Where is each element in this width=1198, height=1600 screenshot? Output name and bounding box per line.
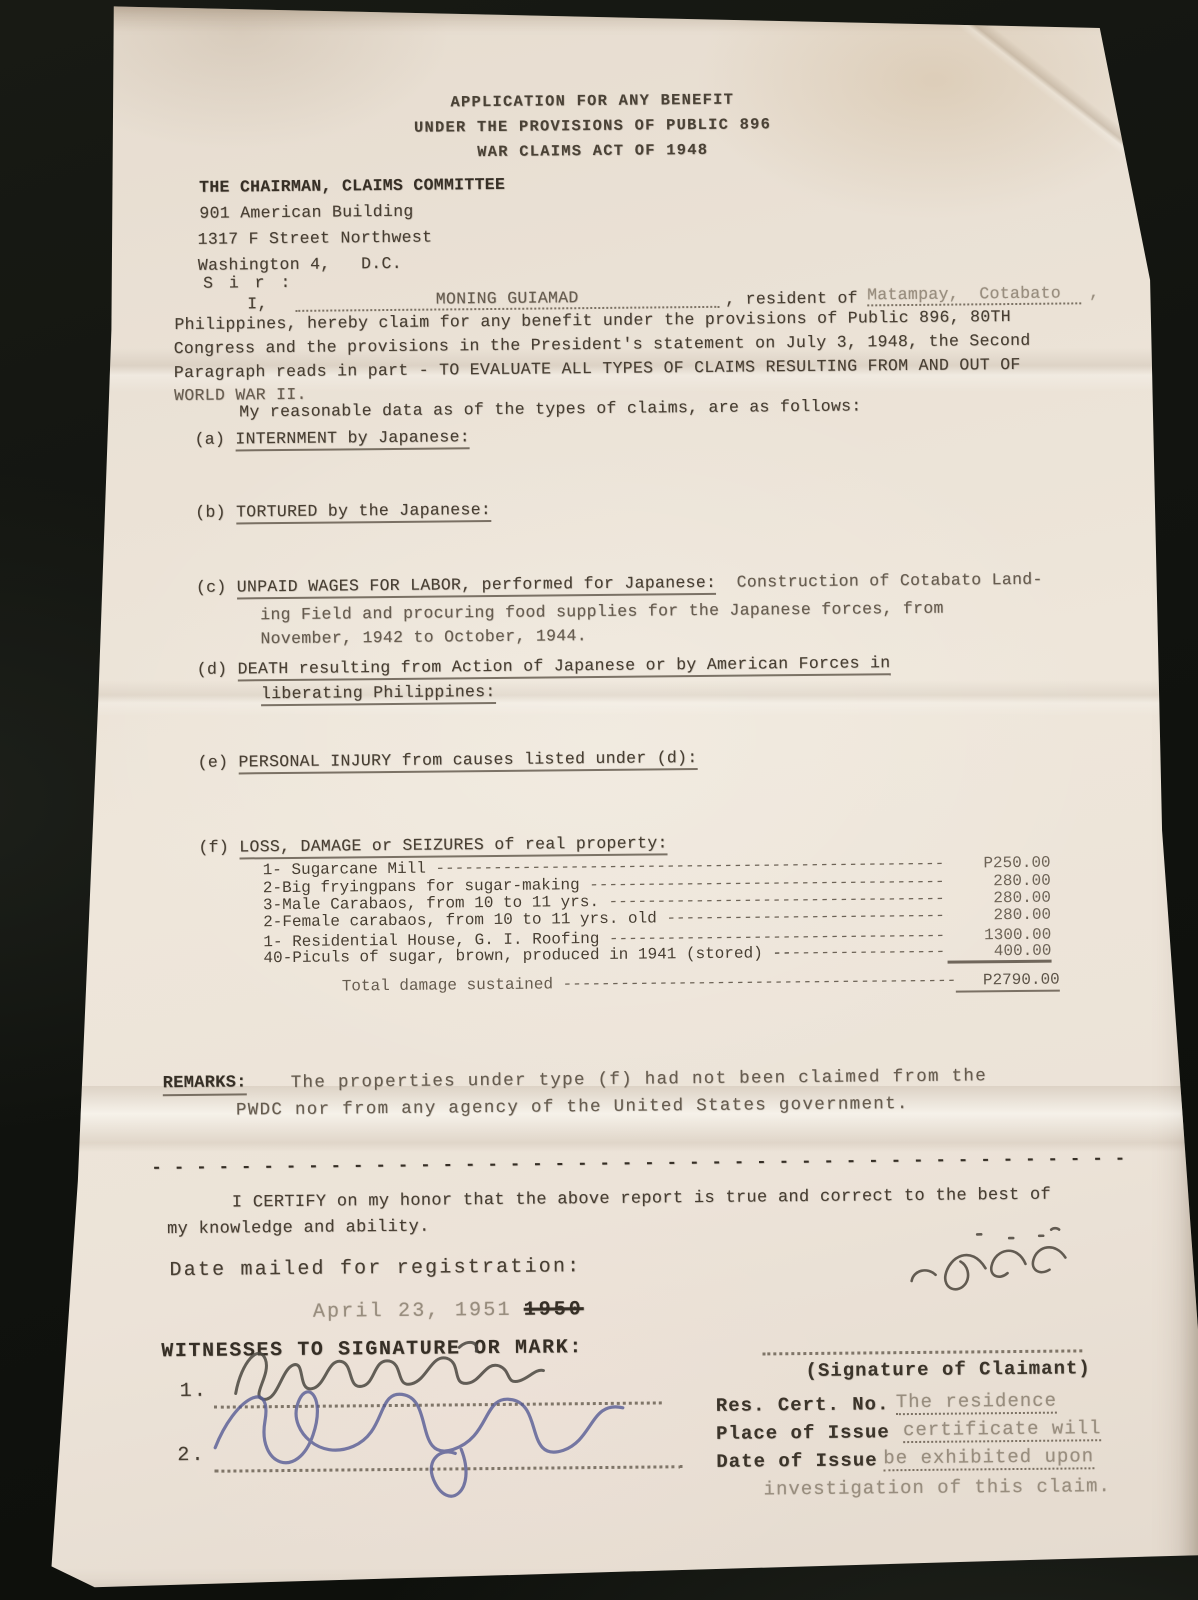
claim-c-inline: Construction of Cotabato Land-: [716, 570, 1043, 592]
claim-d: (d) DEATH resulting from Action of Japan…: [197, 653, 891, 679]
signature-overflow-line: investigation of this claim.: [764, 1475, 1111, 1500]
remarks-line2: PWDC nor from any agency of the United S…: [236, 1094, 909, 1120]
place-of-issue-value: certificate will: [903, 1417, 1102, 1443]
photo-background: APPLICATION FOR ANY BENEFIT UNDER THE PR…: [0, 0, 1198, 1600]
opening-trailing-comma: ,: [1089, 283, 1099, 302]
item-amount: P250.00: [947, 854, 1051, 873]
residence: Matampay, Cotabato: [867, 283, 1081, 306]
date-of-issue-label: Date of Issue: [716, 1449, 877, 1473]
place-of-issue-label: Place of Issue: [716, 1421, 890, 1445]
remarks-label: REMARKS:: [163, 1073, 247, 1093]
claim-a-title: INTERNMENT by Japanese:: [235, 427, 470, 451]
claim-c-key: (c): [196, 577, 237, 596]
claimant-name: MONING GUIAMAD: [295, 287, 719, 312]
item-qty: 2-: [263, 913, 282, 931]
item-desc: Female carabaos, from 10 to 11 yrs. old: [282, 909, 666, 931]
item-amount: 400.00: [947, 942, 1051, 964]
claimant-signature-line: [762, 1347, 1082, 1355]
opening-mid: , resident of: [725, 288, 858, 308]
claim-b: (b) TORTURED by the Japanese:: [195, 500, 491, 522]
claim-c-line2: ing Field and procuring food supplies fo…: [260, 599, 944, 625]
signature-caption: (Signature of Claimant): [805, 1357, 1090, 1382]
date-mailed-value: April 23, 1951: [313, 1299, 512, 1324]
dashed-separator: - - - - - - - - - - - - - - - - - - - - …: [151, 1150, 1126, 1178]
dash-leader: ----------------------------------------…: [791, 943, 947, 965]
claim-e-key: (e): [198, 752, 239, 771]
doc-title-line1: APPLICATION FOR ANY BENEFIT: [0, 86, 1191, 115]
claim-d-title1: DEATH resulting from Action of Japanese …: [237, 653, 890, 681]
recipient-line4: Washington 4, D.C.: [198, 254, 402, 275]
res-cert-value: The residence: [896, 1390, 1057, 1416]
date-mailed-label: Date mailed for registration:: [169, 1255, 581, 1282]
remarks-line1: The properties under type (f) had not be…: [291, 1066, 987, 1093]
claim-f-title: LOSS, DAMAGE or SEIZURES of real propert…: [239, 833, 668, 859]
date-of-issue-value: be exhibited upon: [883, 1445, 1094, 1471]
witness2-signature: [200, 1348, 642, 1517]
claim-a-key: (a): [194, 429, 235, 448]
claim-c-line3: November, 1942 to October, 1944.: [260, 626, 587, 648]
claim-b-title: TORTURED by the Japanese:: [236, 500, 491, 524]
dash-leader: ----------------------------------------…: [666, 907, 947, 928]
claim-d-key: (d): [197, 659, 238, 678]
document-paper: APPLICATION FOR ANY BENEFIT UNDER THE PR…: [0, 0, 1198, 1600]
doc-title-line3: WAR CLAIMS ACT OF 1948: [0, 136, 1192, 165]
intro-claims: My reasonable data as of the types of cl…: [239, 396, 861, 421]
total-label: Total damage sustained: [342, 975, 563, 998]
total-row: Total damage sustained -----------------…: [342, 971, 1060, 999]
item-qty: 40-: [263, 949, 292, 970]
claim-b-key: (b): [195, 502, 236, 521]
date-mailed-line: April 23, 19511950: [313, 1298, 584, 1324]
claim-a: (a) INTERNMENT by Japanese:: [194, 427, 470, 449]
res-cert-label: Res. Cert. No.: [716, 1393, 890, 1417]
item-qty: 3-: [263, 896, 282, 914]
document-content: APPLICATION FOR ANY BENEFIT UNDER THE PR…: [0, 0, 1198, 1600]
paragraph-line3: Paragraph reads in part - TO EVALUATE AL…: [174, 355, 1021, 382]
certify-line2: my knowledge and ability.: [167, 1218, 430, 1240]
claim-c: (c) UNPAID WAGES FOR LABOR, performed fo…: [196, 570, 1043, 597]
recipient-line1: THE CHAIRMAN, CLAIMS COMMITTEE: [199, 175, 505, 197]
recipient-line3: 1317 F Street Northwest: [198, 228, 433, 249]
dash-leader: ----------------------------------------…: [563, 972, 956, 997]
claimant-signature: [889, 1223, 1075, 1287]
struck-year: 1950: [524, 1298, 584, 1322]
paragraph-line2: Congress and the provisions in the Presi…: [174, 331, 1031, 358]
claim-c-title: UNPAID WAGES FOR LABOR, performed for Ja…: [237, 573, 717, 600]
claim-e-title: PERSONAL INJURY from causes listed under…: [238, 748, 697, 774]
item-qty: 2-: [263, 879, 282, 897]
doc-title-line2: UNDER THE PROVISIONS OF PUBLIC 896: [0, 111, 1192, 140]
claim-d-line2: liberating Philippines:: [261, 682, 496, 703]
certify-line1: I CERTIFY on my honor that the above rep…: [232, 1186, 1051, 1213]
salutation: S i r :: [203, 273, 293, 293]
recipient-line2: 901 American Building: [199, 202, 413, 223]
item-qty: 1-: [263, 861, 282, 879]
item-amount: 280.00: [947, 906, 1051, 925]
item-desc: Sugarcane Mill: [282, 860, 436, 879]
total-amount: P2790.00: [956, 971, 1060, 993]
opening-pre: I,: [247, 294, 268, 313]
claim-f-key: (f): [198, 837, 239, 856]
claim-d-title2: liberating Philippines:: [261, 682, 496, 706]
loss-items-table: 1- Sugarcane Mill ----------------------…: [263, 854, 1052, 972]
claim-f: (f) LOSS, DAMAGE or SEIZURES of real pro…: [198, 833, 667, 857]
claim-e: (e) PERSONAL INJURY from causes listed u…: [198, 748, 698, 772]
item-desc: Piculs of sugar, brown, produced in 1941…: [292, 944, 791, 970]
remarks-label-text: REMARKS:: [163, 1073, 247, 1096]
